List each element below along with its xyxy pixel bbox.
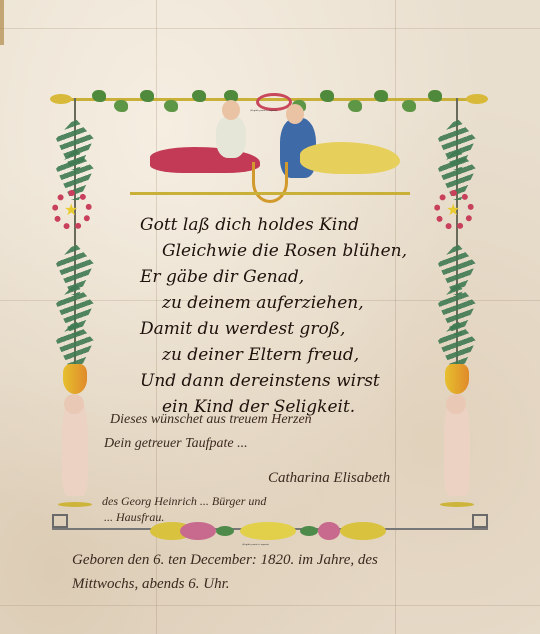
greek-key-icon bbox=[52, 514, 68, 528]
verse-line: zu deinem auferziehen, bbox=[162, 290, 440, 316]
figure-right-drapery bbox=[300, 142, 400, 174]
wish-line: Dein getreuer Taufpate ... bbox=[104, 436, 248, 452]
figure-left-torso bbox=[216, 116, 246, 158]
greek-key-icon bbox=[472, 514, 488, 528]
pedestal bbox=[440, 502, 474, 507]
certificate-sheet: (illegible printer's imprint) ★ ★ bbox=[0, 0, 540, 634]
ground-line bbox=[130, 192, 410, 195]
verse-line: Damit du werdest groß, bbox=[140, 316, 440, 342]
signature-line: ... Hausfrau. bbox=[104, 510, 164, 525]
left-column-ornament: ★ bbox=[50, 98, 100, 518]
putto-head bbox=[64, 394, 84, 414]
putto-head bbox=[446, 394, 466, 414]
urn-icon bbox=[63, 364, 87, 394]
signature-line: des Georg Heinrich ... Bürger und bbox=[102, 494, 266, 509]
scroll-part bbox=[340, 522, 386, 540]
fold-crease bbox=[0, 28, 540, 29]
birth-note-line: Geboren den 6. ten December: 1820. im Ja… bbox=[72, 552, 378, 569]
verse-line: Und dann dereinstens wirst bbox=[140, 368, 440, 394]
vine-leaf-icon bbox=[114, 100, 128, 112]
pedestal bbox=[58, 502, 92, 507]
verse-text: Gott laß dich holdes Kind Gleichwie die … bbox=[140, 212, 440, 420]
scroll-part bbox=[180, 522, 216, 540]
urn-icon bbox=[445, 364, 469, 394]
footer-imprint: (illegible printer's imprint) bbox=[242, 544, 269, 546]
header-imprint: (illegible printer's imprint) bbox=[250, 110, 277, 112]
verse-line: Gott laß dich holdes Kind bbox=[140, 212, 440, 238]
scroll-ornament: (illegible printer's imprint) bbox=[150, 518, 386, 544]
verse-line: Gleichwie die Rosen blühen, bbox=[162, 238, 440, 264]
figure-left-head bbox=[222, 100, 240, 120]
scroll-part bbox=[318, 522, 340, 540]
scroll-part bbox=[216, 526, 234, 536]
scroll-part bbox=[300, 526, 318, 536]
muses-illustration: (illegible printer's imprint) bbox=[130, 92, 410, 192]
lyre-icon bbox=[252, 162, 288, 203]
figure-right-head bbox=[286, 104, 304, 124]
verse-line: Er gäbe dir Genad, bbox=[140, 264, 440, 290]
wish-line: Dieses wünschet aus treuem Herzen bbox=[110, 412, 312, 428]
scroll-part bbox=[240, 522, 296, 540]
signature-name: Catharina Elisabeth bbox=[268, 470, 390, 487]
star-icon: ★ bbox=[446, 202, 460, 218]
edge-stain bbox=[0, 0, 4, 45]
verse-line: zu deiner Eltern freud, bbox=[162, 342, 440, 368]
star-icon: ★ bbox=[64, 202, 78, 218]
fold-crease bbox=[0, 605, 540, 606]
birth-note-line: Mittwochs, abends 6. Uhr. bbox=[72, 576, 230, 593]
